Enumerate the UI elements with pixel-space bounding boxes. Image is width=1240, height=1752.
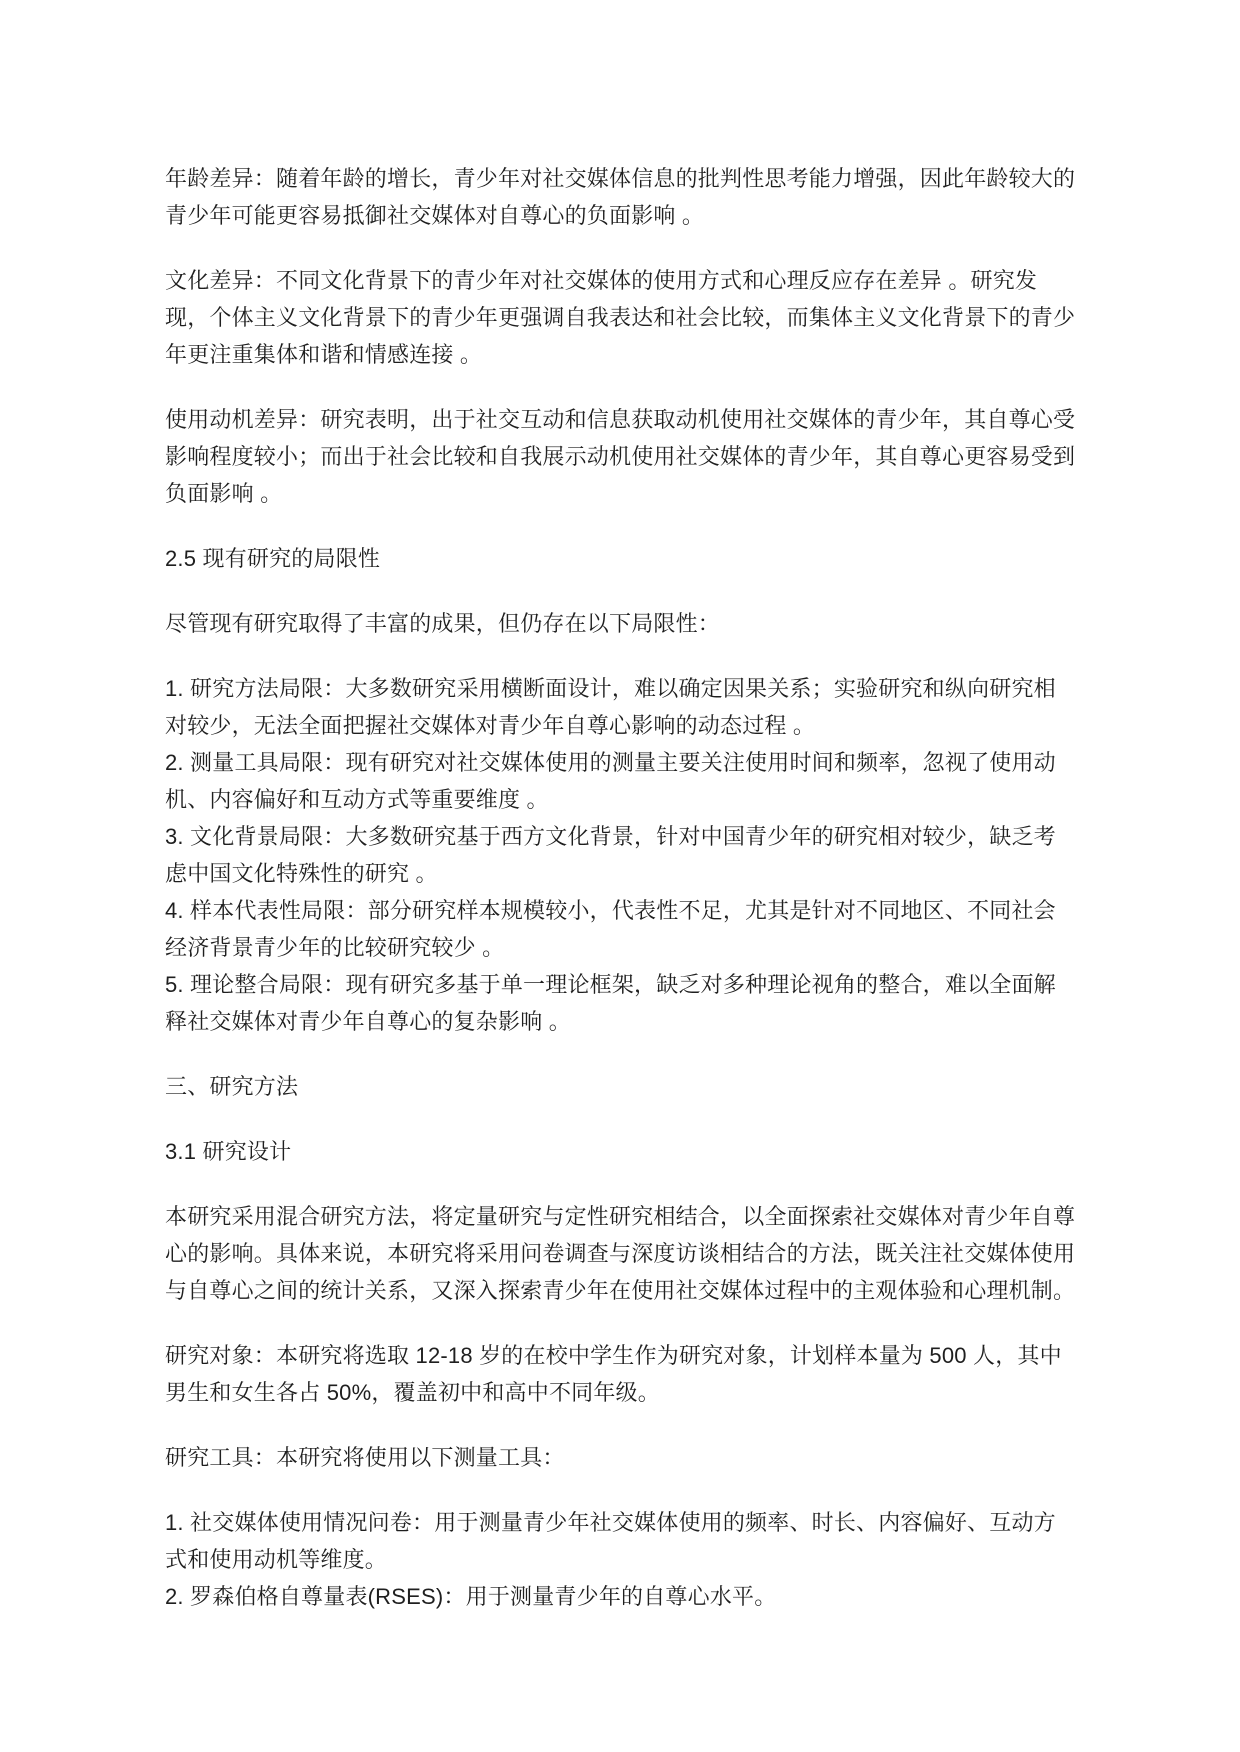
- paragraph-research-design: 本研究采用混合研究方法，将定量研究与定性研究相结合，以全面探索社交媒体对青少年自…: [165, 1198, 1078, 1309]
- paragraph-motivation-difference: 使用动机差异：研究表明，出于社交互动和信息获取动机使用社交媒体的青少年，其自尊心…: [165, 401, 1078, 512]
- list-item-tool-1: 1. 社交媒体使用情况问卷：用于测量青少年社交媒体使用的频率、时长、内容偏好、互…: [165, 1504, 1078, 1578]
- list-item-tool-2: 2. 罗森伯格自尊量表(RSES)：用于测量青少年的自尊心水平。: [165, 1578, 1078, 1615]
- list-item-limitation-1: 1. 研究方法局限：大多数研究采用横断面设计，难以确定因果关系；实验研究和纵向研…: [165, 670, 1078, 744]
- document-page: 年龄差异：随着年龄的增长，青少年对社交媒体信息的批判性思考能力增强，因此年龄较大…: [0, 0, 1240, 1752]
- paragraph-research-tools-intro: 研究工具：本研究将使用以下测量工具：: [165, 1439, 1078, 1476]
- paragraph-research-subjects: 研究对象：本研究将选取 12-18 岁的在校中学生作为研究对象，计划样本量为 5…: [165, 1337, 1078, 1411]
- list-item-limitation-2: 2. 测量工具局限：现有研究对社交媒体使用的测量主要关注使用时间和频率，忽视了使…: [165, 744, 1078, 818]
- heading-3-1-design: 3.1 研究设计: [165, 1133, 1078, 1170]
- list-item-limitation-5: 5. 理论整合局限：现有研究多基于单一理论框架，缺乏对多种理论视角的整合，难以全…: [165, 966, 1078, 1040]
- list-item-limitation-3: 3. 文化背景局限：大多数研究基于西方文化背景，针对中国青少年的研究相对较少，缺…: [165, 818, 1078, 892]
- heading-section-3: 三、研究方法: [165, 1068, 1078, 1105]
- paragraph-age-difference: 年龄差异：随着年龄的增长，青少年对社交媒体信息的批判性思考能力增强，因此年龄较大…: [165, 160, 1078, 234]
- paragraph-limitations-intro: 尽管现有研究取得了丰富的成果，但仍存在以下局限性：: [165, 605, 1078, 642]
- document-body: 年龄差异：随着年龄的增长，青少年对社交媒体信息的批判性思考能力增强，因此年龄较大…: [165, 160, 1078, 1615]
- heading-2-5-limitations: 2.5 现有研究的局限性: [165, 540, 1078, 577]
- paragraph-culture-difference: 文化差异：不同文化背景下的青少年对社交媒体的使用方式和心理反应存在差异 。研究发…: [165, 262, 1078, 373]
- list-item-limitation-4: 4. 样本代表性局限：部分研究样本规模较小，代表性不足，尤其是针对不同地区、不同…: [165, 892, 1078, 966]
